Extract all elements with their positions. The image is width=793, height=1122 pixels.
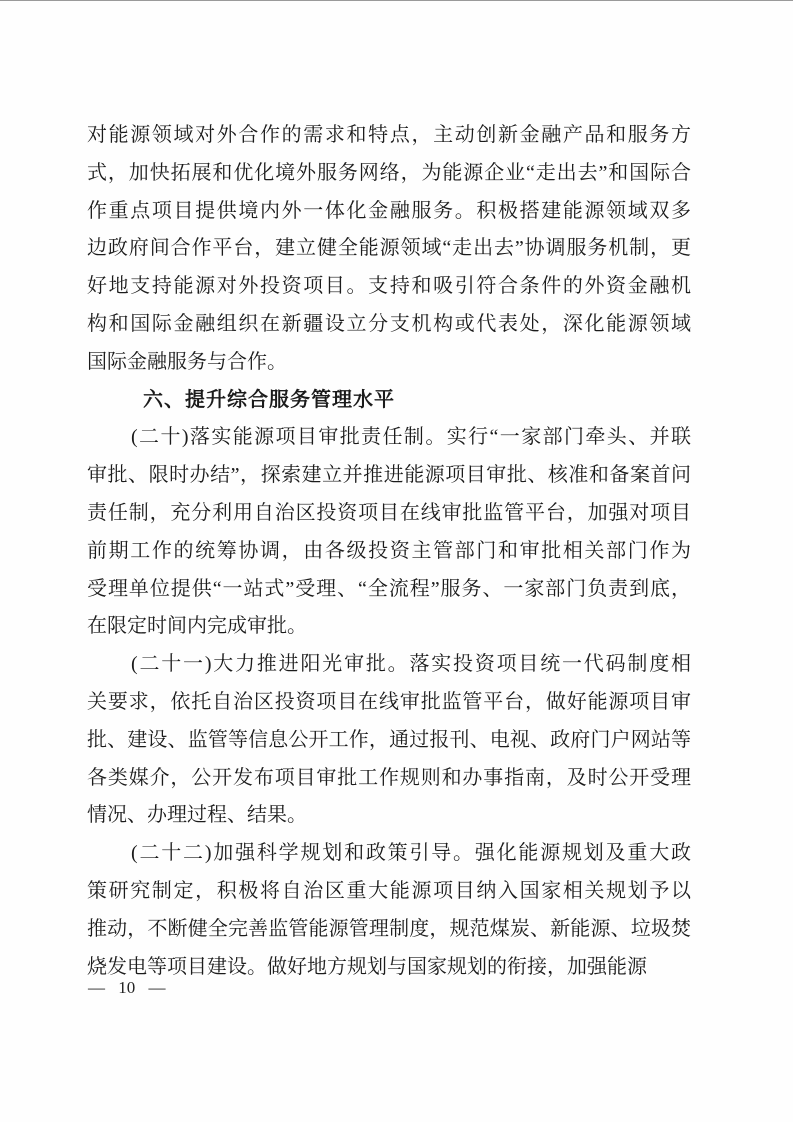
text-line: 推动，不断健全完善监管能源管理制度，规范煤炭、新能源、垃圾焚 (87, 911, 691, 949)
text-line: 策研究制定，积极将自治区重大能源项目纳入国家相关规划予以 (87, 873, 691, 911)
text-line: 好地支持能源对外投资项目。支持和吸引符合条件的外资金融机 (87, 268, 691, 306)
text-line: (二十)落实能源项目审批责任制。实行“一家部门牵头、并联 (87, 419, 691, 457)
text-line: 对能源领域对外合作的需求和特点，主动创新金融产品和服务方 (87, 117, 691, 155)
text-line: 式，加快拓展和优化境外服务网络，为能源企业“走出去”和国际合 (87, 155, 691, 193)
text-line: 国际金融服务与合作。 (87, 344, 691, 382)
text-line: 在限定时间内完成审批。 (87, 608, 691, 646)
text-line: 受理单位提供“一站式”受理、“全流程”服务、一家部门负责到底， (87, 571, 691, 609)
text-line: 关要求，依托自治区投资项目在线审批监管平台，做好能源项目审 (87, 684, 691, 722)
text-line: 情况、办理过程、结果。 (87, 797, 691, 835)
page-footer: — 10 — (88, 977, 166, 999)
text-line: 审批、限时办结”，探索建立并推进能源项目审批、核准和备案首问 (87, 457, 691, 495)
text-line: 各类媒介，公开发布项目审批工作规则和办事指南，及时公开受理 (87, 760, 691, 798)
document-body: 对能源领域对外合作的需求和特点，主动创新金融产品和服务方式，加快拓展和优化境外服… (87, 117, 691, 986)
section-heading: 六、提升综合服务管理水平 (87, 382, 691, 420)
text-line: 作重点项目提供境内外一体化金融服务。积极搭建能源领域双多 (87, 193, 691, 231)
text-line: 责任制，充分利用自治区投资项目在线审批监管平台，加强对项目 (87, 495, 691, 533)
text-line: 烧发电等项目建设。做好地方规划与国家规划的衔接，加强能源 (87, 949, 691, 987)
page-number: — 10 — (88, 978, 166, 997)
text-line: 构和国际金融组织在新疆设立分支机构或代表处，深化能源领域 (87, 306, 691, 344)
text-line: 边政府间合作平台，建立健全能源领域“走出去”协调服务机制，更 (87, 230, 691, 268)
page-top-edge (0, 0, 793, 1)
text-line: (二十二)加强科学规划和政策引导。强化能源规划及重大政 (87, 835, 691, 873)
document-page: 对能源领域对外合作的需求和特点，主动创新金融产品和服务方式，加快拓展和优化境外服… (0, 0, 793, 1122)
text-line: 前期工作的统筹协调，由各级投资主管部门和审批相关部门作为 (87, 533, 691, 571)
text-line: (二十一)大力推进阳光审批。落实投资项目统一代码制度相 (87, 646, 691, 684)
text-line: 批、建设、监管等信息公开工作，通过报刊、电视、政府门户网站等 (87, 722, 691, 760)
